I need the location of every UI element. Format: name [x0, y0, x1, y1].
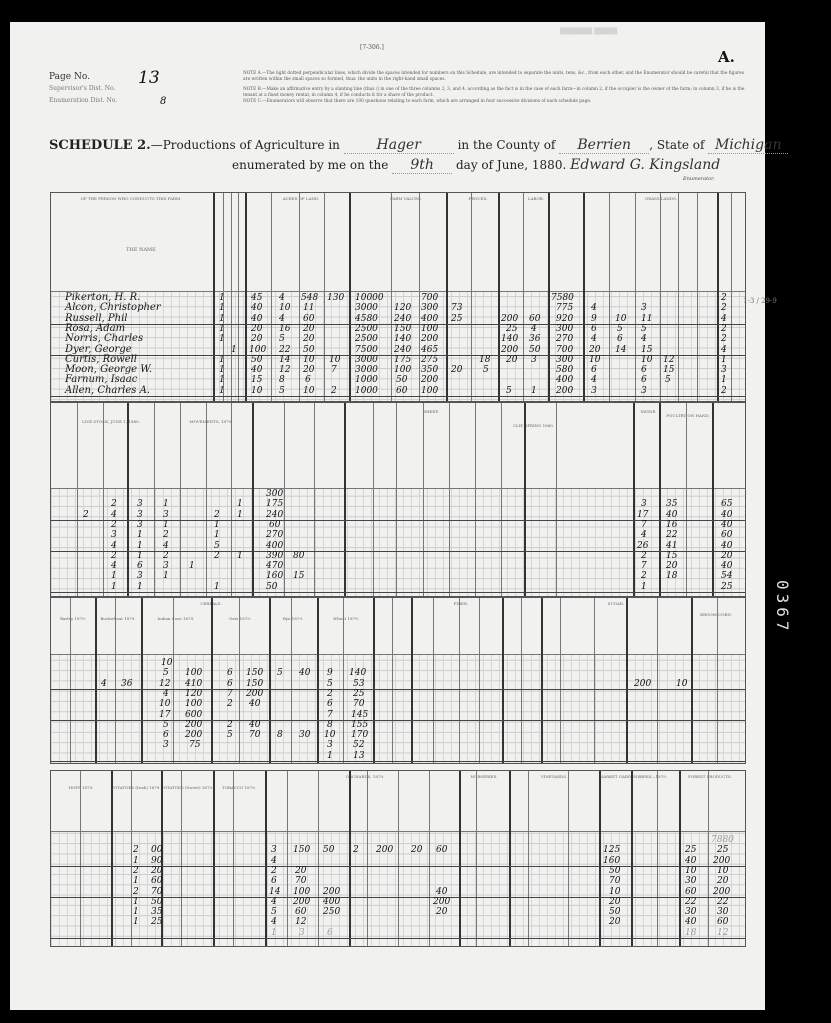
corn-bushels: 600 [185, 710, 202, 720]
pasture-acres: 16 [279, 324, 290, 334]
oats-bushels: 150 [246, 668, 263, 678]
production-value: 270 [556, 334, 573, 344]
owner-mark: 1 [219, 303, 225, 313]
calves-dropped: 2 [163, 530, 169, 540]
fertilizer-cost: 18 [479, 355, 490, 365]
enumeration-label: Enumeration Dist. No. [49, 95, 117, 107]
woodland-acres: 10 [303, 355, 314, 365]
corn-bushels: 100 [185, 699, 202, 709]
purchased: 1 [189, 561, 195, 571]
not-mown-acres: 6 [617, 334, 623, 344]
market-garden-value: 10 [609, 887, 620, 897]
subgroup-wheat: Wheat 1879. [317, 616, 375, 621]
milch-cows: 2 [111, 499, 117, 509]
poultry-barnyard: 22 [666, 530, 677, 540]
wheat-bushels: 170 [351, 730, 368, 740]
wheat-acres: 1 [327, 751, 333, 761]
rye-bushels: 40 [299, 668, 310, 678]
apple-trees: 150 [293, 845, 310, 855]
market-garden-value: 20 [609, 917, 620, 927]
state-field: Michigan [708, 137, 788, 154]
corn-bushels: 100 [185, 668, 202, 678]
group-person: OF THE PERSON WHO CONDUCTS THIS FARM. [51, 196, 211, 201]
calves-dropped: 1 [163, 571, 169, 581]
production-value: 920 [556, 314, 573, 324]
mown-acres: 6 [591, 365, 597, 375]
production-value: 400 [556, 375, 573, 385]
weeks-labor: 4 [531, 324, 537, 334]
potato-bushels: 50 [151, 897, 162, 907]
page-meta: Page No. Supervisor's Dist. No. Enumerat… [49, 71, 117, 107]
apple-acres: 3 [271, 845, 277, 855]
enumerator-signature: Edward G. Kingsland [570, 157, 720, 173]
eggs-dozens: 40 [721, 541, 732, 551]
form-code: [7-306.] [360, 44, 384, 51]
mown-acres: 4 [591, 303, 597, 313]
swine: 1 [641, 582, 647, 592]
group-vineyards: VINEYARDS. [509, 774, 599, 779]
production-value: 300 [556, 355, 573, 365]
other-cattle: 1 [137, 551, 143, 561]
hay-tons: 15 [641, 345, 652, 355]
owner-mark: 1 [219, 386, 225, 396]
subgroup-rye: Rye 1879. [269, 616, 317, 621]
livestock-value: 465 [421, 345, 438, 355]
apple-trees: 60 [295, 907, 306, 917]
wood-cords: 30 [685, 907, 696, 917]
oats-bushels: 200 [246, 689, 263, 699]
mown-acres: 3 [591, 386, 597, 396]
tilled-acres: 20 [251, 334, 262, 344]
swine: 3 [641, 499, 647, 509]
wood-cords: 40 [685, 917, 696, 927]
eggs-dozens: 40 [721, 510, 732, 520]
farm-value: 2500 [355, 334, 378, 344]
potato-bushels: 35 [151, 907, 162, 917]
sold-living: 1 [214, 582, 220, 592]
corn-acres: 10 [161, 658, 172, 668]
potato-acres: 1 [133, 897, 139, 907]
corn-bushels: 200 [185, 720, 202, 730]
archive-stamp: ▒▒▒▒▒▒▒ ▒▒▒▒▒ [560, 28, 617, 35]
market-garden-value: 70 [609, 876, 620, 886]
corn-bushels: 75 [189, 740, 200, 750]
livestock-value: 275 [421, 355, 438, 365]
table-row: 41207200225 [51, 689, 745, 699]
orchard-value: 60 [436, 845, 447, 855]
horses: 2 [721, 334, 727, 344]
livestock-value: 700 [421, 293, 438, 303]
apple-bushels: 200 [323, 887, 340, 897]
milch-cows: 3 [111, 530, 117, 540]
table-row: 160670703020 [51, 876, 745, 886]
mown-acres: 6 [591, 324, 597, 334]
section-cereals: CEREALS. FIBER. SUGAR. BROOM CORN. Barle… [50, 597, 746, 764]
milch-cows: 1 [111, 571, 117, 581]
supervisor-label: Supervisor's Dist. No. [49, 83, 117, 95]
other-cattle: 3 [137, 510, 143, 520]
owner-mark: 1 [219, 293, 225, 303]
working-oxen: 2 [83, 510, 89, 520]
oats-acres: 6 [227, 679, 233, 689]
schedule-title-text: —Productions of Agriculture in [151, 138, 340, 152]
pasture-acres: 4 [279, 314, 285, 324]
farm-value: 1000 [355, 375, 378, 385]
group-nurseries: NURSERIES. [459, 774, 509, 779]
farmer-name: Alcon, Christopher [65, 303, 161, 313]
other-cattle: 3 [137, 499, 143, 509]
pasture-acres: 5 [279, 386, 285, 396]
potato-acres: 1 [133, 856, 139, 866]
table-row: 1361812 [51, 928, 745, 939]
table-row: 200315050220020601252525 [51, 845, 745, 855]
rye-bushels: 30 [299, 730, 310, 740]
woodland-acres: 548 [301, 293, 318, 303]
wood-cords: 10 [685, 866, 696, 876]
hay-tons: 11 [641, 314, 652, 324]
note-b: NOTE B.—Make an affirmative entry by a s… [243, 87, 748, 99]
livestock-value: 100 [421, 324, 438, 334]
apple-acres: 4 [271, 856, 277, 866]
swine: 2 [641, 571, 647, 581]
woodland-acres: 10 [303, 386, 314, 396]
table-row: 212213908021520 [51, 551, 745, 561]
subgroup-buckwheat: Buckwheat 1879. [95, 616, 141, 621]
owner-mark: 1 [219, 355, 225, 365]
market-garden-value: 20 [609, 897, 620, 907]
table-row: 1504200400200202222 [51, 897, 745, 907]
forest-value: 200 [713, 856, 730, 866]
corn-acres: 17 [159, 710, 170, 720]
table-row: 312127042260 [51, 530, 745, 540]
other-cattle: 3 [137, 571, 143, 581]
county-field: Berrien [559, 137, 649, 154]
oats-acres: 5 [227, 730, 233, 740]
poultry-barnyard: 20 [666, 561, 677, 571]
owner-mark: 1 [219, 314, 225, 324]
section-farm-values: OF THE PERSON WHO CONDUCTS THIS FARM. AC… [50, 192, 746, 402]
implements-value: 140 [394, 334, 411, 344]
forest-value: 25 [717, 845, 728, 855]
production-value: 580 [556, 365, 573, 375]
forest-value: 60 [717, 917, 728, 927]
horses: 2 [721, 324, 727, 334]
livestock-value: 200 [421, 334, 438, 344]
weeks-labor: 50 [529, 345, 540, 355]
farm-value: 3000 [355, 355, 378, 365]
milk-gallons: 60 [269, 520, 280, 530]
sold-living: 5 [214, 541, 220, 551]
other-cattle: 6 [137, 561, 143, 571]
oats-acres: 7 [227, 689, 233, 699]
peach-trees: 200 [376, 845, 393, 855]
apple-trees: 20 [295, 866, 306, 876]
apple-bushels: 400 [323, 897, 340, 907]
potato-bushels: 70 [151, 887, 162, 897]
farm-value: 3000 [355, 303, 378, 313]
forest-value: 22 [717, 897, 728, 907]
owner-mark: 1 [219, 324, 225, 334]
oats-bushels: 70 [249, 730, 260, 740]
livestock-value: 300 [421, 303, 438, 313]
margin-note: 1-3 / 29-9 [743, 296, 777, 306]
swine: 4 [641, 530, 647, 540]
wood-cords: 25 [685, 845, 696, 855]
schedule-letter: A. [718, 48, 735, 66]
milk-gallons: 160 [266, 571, 283, 581]
potato-bushels: 60 [151, 876, 162, 886]
sold-living: 2 [214, 551, 220, 561]
oats-acres: 2 [227, 720, 233, 730]
table-row: 52002408155 [51, 720, 745, 730]
not-mown-acres: 14 [615, 345, 626, 355]
corn-acres: 10 [159, 699, 170, 709]
horses: 2 [721, 386, 727, 396]
corn-bushels: 120 [185, 689, 202, 699]
potato-acres: 1 [133, 907, 139, 917]
group-irish-potatoes: POTATOES (Irish) 1879. [111, 785, 161, 790]
production-value: 7580 [551, 293, 574, 303]
sold-living: 1 [214, 530, 220, 540]
orchard-value: 40 [436, 887, 447, 897]
wheat-acres: 6 [327, 699, 333, 709]
swine: 17 [637, 510, 648, 520]
milk-gallons: 470 [266, 561, 283, 571]
group-clip: CLIP, SPRING 1880. [496, 423, 571, 428]
swine: 26 [637, 541, 648, 551]
peach-acres: 2 [353, 845, 359, 855]
hay-tons: 5 [641, 324, 647, 334]
wheat-acres: 10 [324, 730, 335, 740]
section3-header: CEREALS. FIBER. SUGAR. BROOM CORN. Barle… [51, 598, 745, 655]
oats-acres: 2 [227, 699, 233, 709]
implements-value: 240 [394, 345, 411, 355]
wheat-acres: 3 [327, 740, 333, 750]
poultry-barnyard: 16 [666, 520, 677, 530]
table-row: Moon, George W.1401220730001003502055806… [51, 365, 745, 375]
farm-value: 3000 [355, 365, 378, 375]
apple-acres: 4 [271, 897, 277, 907]
potato-acres: 2 [133, 866, 139, 876]
milch-cows: 4 [111, 561, 117, 571]
horses: 1 [721, 355, 727, 365]
fertilizer-cost: 5 [483, 365, 489, 375]
clover-seed: 5 [665, 375, 671, 385]
peach-bushels: 20 [411, 845, 422, 855]
wheat-bushels: 70 [353, 699, 364, 709]
tilled-acres: 40 [251, 303, 262, 313]
section-livestock: LIVE STOCK, JUNE 1, 1880. MOVEMENTS, 187… [50, 402, 746, 597]
apple-acres: 1 [271, 928, 277, 938]
calves-dropped: 2 [163, 551, 169, 561]
group-orchards: ORCHARDS, 1879. [265, 774, 465, 779]
livestock-value: 350 [421, 365, 438, 375]
other-cattle: 3 [137, 520, 143, 530]
wages: 20 [506, 355, 517, 365]
wheat-bushels: 53 [353, 679, 364, 689]
wages: 200 [501, 345, 518, 355]
clover-seed: 12 [663, 355, 674, 365]
woodland-acres: 11 [303, 303, 314, 313]
wheat-bushels: 155 [351, 720, 368, 730]
section-orchards-forest: HOPS 1879. POTATOES (Irish) 1879. POTATO… [50, 770, 746, 947]
forest-value: 200 [713, 887, 730, 897]
wheat-bushels: 52 [353, 740, 364, 750]
slaughtered: 1 [237, 551, 243, 561]
table-row: Rosa, Adam120162025001501002543006552 [51, 324, 745, 334]
name-header: THE NAME [101, 248, 181, 253]
woodland-acres: 20 [303, 365, 314, 375]
butter-lbs: 15 [293, 571, 304, 581]
poultry-barnyard: 18 [666, 571, 677, 581]
weeks-labor: 3 [531, 355, 537, 365]
table-row: 510061505409140 [51, 668, 745, 678]
table-row: 10100240670 [51, 699, 745, 709]
eggs-dozens: 65 [721, 499, 732, 509]
potato-acres: 1 [133, 917, 139, 927]
horses: 1 [721, 375, 727, 385]
mown-acres: 20 [589, 345, 600, 355]
market-garden-value: 50 [609, 907, 620, 917]
swine: 7 [641, 520, 647, 530]
eggs-dozens: 54 [721, 571, 732, 581]
production-value: 775 [556, 303, 573, 313]
tilled-acres: 100 [249, 345, 266, 355]
corn-acres: 5 [163, 668, 169, 678]
farmer-name: Norris, Charles [65, 334, 143, 344]
poultry-barnyard: 40 [666, 510, 677, 520]
horses: 3 [721, 365, 727, 375]
buckwheat-acres: 4 [101, 679, 107, 689]
hay-tons: 6 [641, 375, 647, 385]
farmer-name: Allen, Charles A. [65, 386, 150, 396]
potato-bushels: 20 [151, 866, 162, 876]
table-row: 220220501010 [51, 866, 745, 876]
table-row: Alcon, Christopher1401011300012030073775… [51, 303, 745, 313]
apple-bushels: 250 [323, 907, 340, 917]
county-label: in the County of [458, 138, 556, 152]
table-row: 10 [51, 658, 745, 668]
farm-value: 10000 [355, 293, 384, 303]
wheat-bushels: 145 [351, 710, 368, 720]
horses: 4 [721, 345, 727, 355]
section2-header: LIVE STOCK, JUNE 1, 1880. MOVEMENTS, 187… [51, 403, 745, 489]
other-cattle: 1 [137, 582, 143, 592]
group-labor: LABOR. [511, 196, 561, 201]
forest-value: 10 [717, 866, 728, 876]
swine: 7 [641, 561, 647, 571]
calves-dropped: 4 [163, 541, 169, 551]
forest-value: 7880 [711, 835, 734, 845]
market-garden-value: 125 [603, 845, 620, 855]
production-value: 200 [556, 386, 573, 396]
wood-cords: 18 [685, 928, 696, 938]
corn-acres: 6 [163, 730, 169, 740]
pasture-acres: 12 [279, 365, 290, 375]
group-broom-corn: BROOM CORN. [691, 612, 741, 617]
poultry-barnyard: 41 [666, 541, 677, 551]
table-row: Allen, Charles A.11051021000601005120033… [51, 386, 745, 397]
apple-trees: 100 [293, 887, 310, 897]
table-row: 7880 [51, 835, 745, 845]
other-acres: 2 [331, 386, 337, 396]
wood-cords: 60 [685, 887, 696, 897]
wheat-acres: 9 [327, 668, 333, 678]
eggs-dozens: 25 [721, 582, 732, 592]
eggs-dozens: 20 [721, 551, 732, 561]
group-sugar: SUGAR. [551, 601, 681, 606]
wood-cords: 40 [685, 856, 696, 866]
buckwheat-bushels: 36 [121, 679, 132, 689]
milch-cows: 1 [111, 582, 117, 592]
apple-acres: 2 [271, 866, 277, 876]
slaughtered: 1 [237, 510, 243, 520]
fence-cost: 20 [451, 365, 462, 375]
sold-living: 1 [214, 520, 220, 530]
note-a: NOTE A.—The light dotted perpendicular l… [243, 71, 748, 83]
not-mown-acres: 5 [617, 324, 623, 334]
oats-acres: 6 [227, 668, 233, 678]
enumerator-label: Enumerator. [683, 176, 715, 182]
group-bees: BEES—1879. [631, 774, 676, 779]
rye-acres: 8 [277, 730, 283, 740]
mown-acres: 9 [591, 314, 597, 324]
enumeration-line: enumerated by me on the 9th day of June,… [232, 157, 720, 174]
apple-trees: 70 [295, 876, 306, 886]
milch-cows: 2 [111, 520, 117, 530]
farm-value: 4580 [355, 314, 378, 324]
production-value: 300 [556, 324, 573, 334]
hay-tons: 4 [641, 334, 647, 344]
table-row: Norris, Charles1205202500140200140362704… [51, 334, 745, 344]
wages: 200 [501, 314, 518, 324]
tenant-mark: 1 [231, 345, 237, 355]
eggs-dozens: 60 [721, 530, 732, 540]
corn-bushels: 410 [185, 679, 202, 689]
wages: 25 [506, 324, 517, 334]
oats-bushels: 40 [249, 720, 260, 730]
milk-gallons: 400 [266, 541, 283, 551]
eggs-dozens: 40 [721, 520, 732, 530]
table-row: 231117533565 [51, 499, 745, 509]
calves-dropped: 1 [163, 520, 169, 530]
implements-value: 50 [396, 375, 407, 385]
mown-acres: 4 [591, 375, 597, 385]
tilled-acres: 10 [251, 386, 262, 396]
implements-value: 60 [396, 386, 407, 396]
pasture-acres: 10 [279, 303, 290, 313]
rye-acres: 5 [277, 668, 283, 678]
weeks-labor: 60 [529, 314, 540, 324]
farm-value: 7500 [355, 345, 378, 355]
pasture-acres: 14 [279, 355, 290, 365]
horses: 4 [721, 314, 727, 324]
apple-trees: 12 [295, 917, 306, 927]
table-row: Curtis, Rowell15014101030001752751820330… [51, 355, 745, 365]
milk-gallons: 240 [266, 510, 283, 520]
maple-sugar-lbs: 200 [634, 679, 651, 689]
apple-acres: 14 [269, 887, 280, 897]
enumeration-number: 8 [160, 96, 166, 107]
hay-tons: 6 [641, 365, 647, 375]
tilled-acres: 40 [251, 314, 262, 324]
owner-mark: 1 [219, 365, 225, 375]
implements-value: 240 [394, 314, 411, 324]
note-c: NOTE C.—Enumerators will observe that th… [243, 99, 748, 105]
other-acres: 7 [331, 365, 337, 375]
apple-bushels: 50 [323, 845, 334, 855]
woodland-acres: 20 [303, 334, 314, 344]
